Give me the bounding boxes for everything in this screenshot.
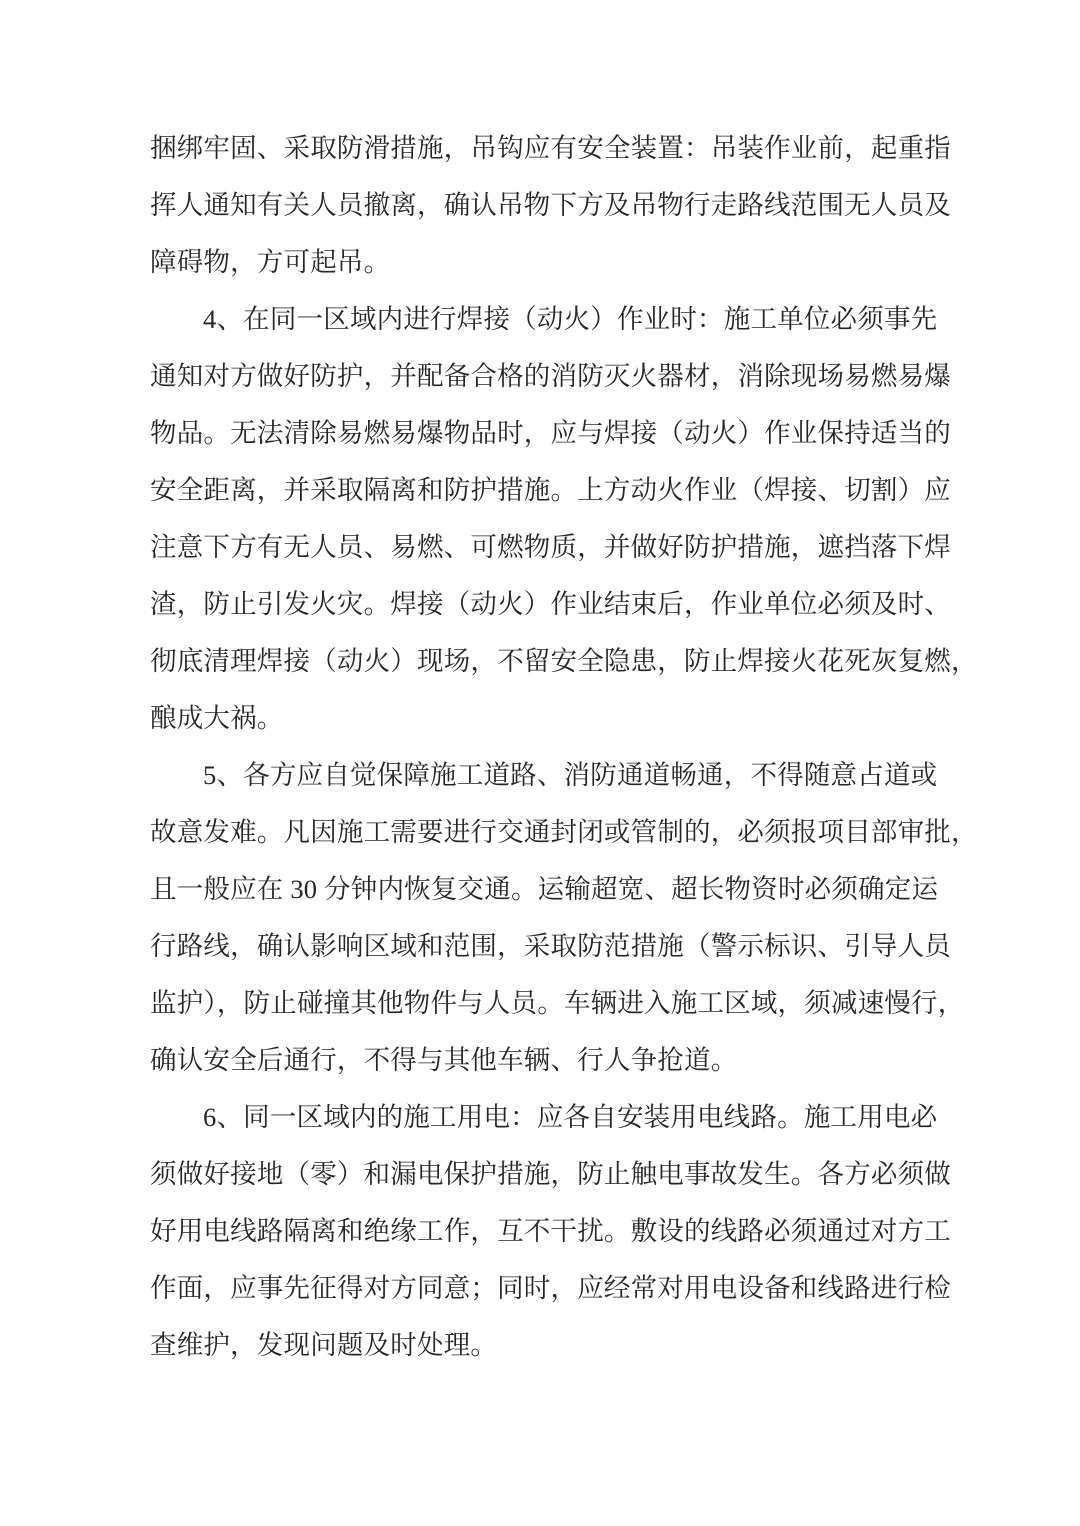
text-line: 故意发难。凡因施工需要进行交通封闭或管制的，必须报项目部审批， <box>150 804 940 861</box>
text-line: 作面，应事先征得对方同意；同时，应经常对用电设备和线路进行检 <box>150 1260 940 1317</box>
text-line: 且一般应在 30 分钟内恢复交通。运输超宽、超长物资时必须确定运 <box>150 861 940 918</box>
text-line: 查维护，发现问题及时处理。 <box>150 1317 940 1374</box>
text-line: 注意下方有无人员、易燃、可燃物质，并做好防护措施，遮挡落下焊 <box>150 519 940 576</box>
text-line: 安全距离，并采取隔离和防护措施。上方动火作业（焊接、切割）应 <box>150 462 940 519</box>
text-block: 捆绑牢固、采取防滑措施，吊钩应有安全装置：吊装作业前，起重指 挥人通知有关人员撤… <box>150 120 940 1374</box>
text-line: 通知对方做好防护，并配备合格的消防灭火器材，消除现场易燃易爆 <box>150 348 940 405</box>
paragraph-item-5: 5、各方应自觉保障施工道路、消防通道畅通，不得随意占道或 故意发难。凡因施工需要… <box>150 747 940 1089</box>
text-line: 行路线，确认影响区域和范围，采取防范措施（警示标识、引导人员 <box>150 918 940 975</box>
paragraph-item-6: 6、同一区域内的施工用电：应各自安装用电线路。施工用电必 须做好接地（零）和漏电… <box>150 1089 940 1374</box>
text-line: 5、各方应自觉保障施工道路、消防通道畅通，不得随意占道或 <box>150 747 940 804</box>
text-line: 挥人通知有关人员撤离，确认吊物下方及吊物行走路线范围无人员及 <box>150 177 940 234</box>
document-page: 捆绑牢固、采取防滑措施，吊钩应有安全装置：吊装作业前，起重指 挥人通知有关人员撤… <box>0 0 1080 1526</box>
paragraph-item-4: 4、在同一区域内进行焊接（动火）作业时：施工单位必须事先 通知对方做好防护，并配… <box>150 291 940 747</box>
text-line: 酿成大祸。 <box>150 690 940 747</box>
text-line: 确认安全后通行，不得与其他车辆、行人争抢道。 <box>150 1032 940 1089</box>
paragraph-continuation: 捆绑牢固、采取防滑措施，吊钩应有安全装置：吊装作业前，起重指 挥人通知有关人员撤… <box>150 120 940 291</box>
text-line: 渣，防止引发火灾。焊接（动火）作业结束后，作业单位必须及时、 <box>150 576 940 633</box>
text-line: 物品。无法清除易燃易爆物品时，应与焊接（动火）作业保持适当的 <box>150 405 940 462</box>
text-line: 彻底清理焊接（动火）现场，不留安全隐患，防止焊接火花死灰复燃， <box>150 633 940 690</box>
text-line: 捆绑牢固、采取防滑措施，吊钩应有安全装置：吊装作业前，起重指 <box>150 120 940 177</box>
text-line: 监护），防止碰撞其他物件与人员。车辆进入施工区域，须减速慢行， <box>150 975 940 1032</box>
text-line: 4、在同一区域内进行焊接（动火）作业时：施工单位必须事先 <box>150 291 940 348</box>
text-line: 好用电线路隔离和绝缘工作，互不干扰。敷设的线路必须通过对方工 <box>150 1203 940 1260</box>
text-line: 障碍物，方可起吊。 <box>150 234 940 291</box>
text-line: 6、同一区域内的施工用电：应各自安装用电线路。施工用电必 <box>150 1089 940 1146</box>
text-line: 须做好接地（零）和漏电保护措施，防止触电事故发生。各方必须做 <box>150 1146 940 1203</box>
